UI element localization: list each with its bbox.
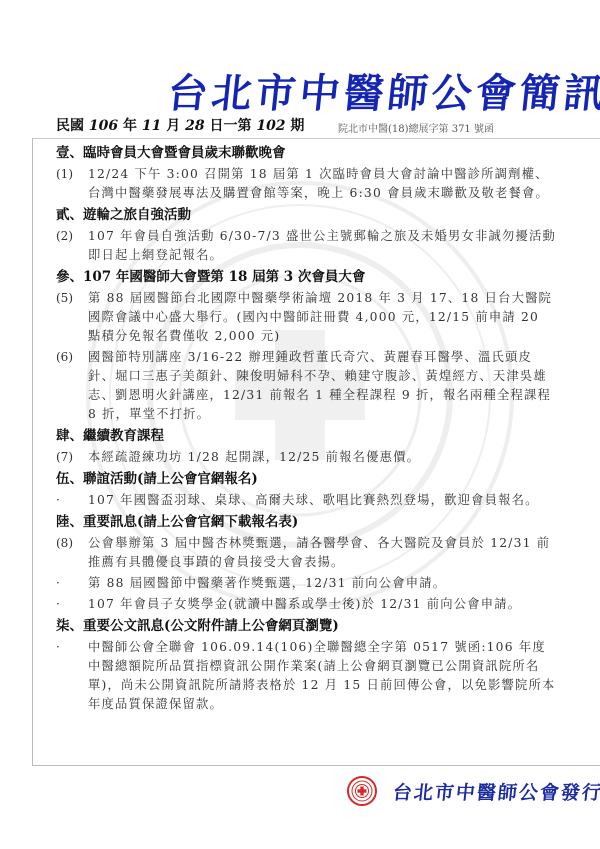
list-item: ·107 年國醫盃羽球、桌球、高爾夫球、歌唱比賽熱烈登場，歡迎會員報名。	[56, 491, 556, 510]
list-item: (1)12/24 下午 3:00 召開第 18 屆第 1 次臨時會員大會討論中醫…	[56, 165, 556, 203]
section-heading: 壹、臨時會員大會暨會員歲末聯歡晚會	[56, 144, 556, 163]
issue-prefix: 民國	[56, 118, 89, 134]
issue-line: 民國 106 年 11 月 28 日一第 102 期	[56, 115, 304, 135]
item-text: 國醫節特別講座 3/16-22 辦理鍾政哲董氏奇穴、黃麗春耳醫學、溫氏頭皮針、堀…	[88, 350, 551, 421]
list-item: ·中醫師公會全聯會 106.09.14(106)全聯醫總全字第 0517 號函:…	[56, 638, 556, 714]
item-text: 107 年會員自強活動 6/30-7/3 盛世公主號郵輪之旅及未婚男女非誠勿擾活…	[88, 229, 556, 262]
item-text: 公會舉辦第 3 屆中醫杏林獎甄選，請各醫學會、各大醫院及會員於 12/31 前推…	[88, 536, 550, 569]
item-marker: ·	[56, 491, 60, 510]
item-text: 本經疏證練功坊 1/28 起開課，12/25 前報名優惠價。	[88, 450, 420, 464]
section-1: 壹、臨時會員大會暨會員歲末聯歡晚會 (1)12/24 下午 3:00 召開第 1…	[56, 144, 556, 203]
section-2: 貳、遊輪之旅自強活動 (2)107 年會員自強活動 6/30-7/3 盛世公主號…	[56, 206, 556, 265]
section-heading: 肆、繼續教育課程	[56, 427, 556, 446]
publisher-name: 台北市中醫師公會發行	[392, 778, 600, 805]
list-item: (6)國醫節特別講座 3/16-22 辦理鍾政哲董氏奇穴、黃麗春耳醫學、溫氏頭皮…	[56, 348, 556, 424]
section-heading: 伍、聯誼活動(請上公會官網報名)	[56, 470, 556, 489]
list-item: ·107 年會員子女獎學金(就讀中醫系或學士後)於 12/31 前向公會申請。	[56, 595, 556, 614]
section-heading: 貳、遊輪之旅自強活動	[56, 206, 556, 225]
item-text: 第 88 屆國醫節中醫藥著作獎甄選，12/31 前向公會申請。	[88, 576, 446, 590]
item-text: 第 88 屆國醫節台北國際中醫藥學術論壇 2018 年 3 月 17、18 日台…	[88, 291, 552, 343]
issue-year-unit: 年	[118, 118, 142, 134]
item-text: 12/24 下午 3:00 召開第 18 屆第 1 次臨時會員大會討論中醫診所調…	[88, 167, 549, 200]
list-item: (2)107 年會員自強活動 6/30-7/3 盛世公主號郵輪之旅及未婚男女非誠…	[56, 227, 556, 265]
item-marker: (6)	[56, 348, 73, 367]
section-heading: 陸、重要訊息(請上公會官網下載報名表)	[56, 513, 556, 532]
item-marker: (7)	[56, 448, 73, 467]
issue-number-unit: 期	[286, 118, 305, 134]
issue-month-unit: 月	[161, 118, 185, 134]
item-marker: (2)	[56, 227, 73, 246]
item-marker: (1)	[56, 165, 73, 184]
section-6: 陸、重要訊息(請上公會官網下載報名表) (8)公會舉辦第 3 屆中醫杏林獎甄選，…	[56, 513, 556, 614]
list-item: (7)本經疏證練功坊 1/28 起開課，12/25 前報名優惠價。	[56, 448, 556, 467]
section-heading: 參、107 年國醫師大會暨第 18 屆第 3 次會員大會	[56, 268, 556, 287]
section-5: 伍、聯誼活動(請上公會官網報名) ·107 年國醫盃羽球、桌球、高爾夫球、歌唱比…	[56, 470, 556, 510]
item-text: 107 年國醫盃羽球、桌球、高爾夫球、歌唱比賽熱烈登場，歡迎會員報名。	[88, 493, 539, 507]
item-marker: ·	[56, 595, 60, 614]
section-7: 柒、重要公文訊息(公文附件請上公會網頁瀏覽) ·中醫師公會全聯會 106.09.…	[56, 617, 556, 714]
item-text: 107 年會員子女獎學金(就讀中醫系或學士後)於 12/31 前向公會申請。	[88, 597, 521, 611]
section-heading: 柒、重要公文訊息(公文附件請上公會網頁瀏覽)	[56, 617, 556, 636]
section-4: 肆、繼續教育課程 (7)本經疏證練功坊 1/28 起開課，12/25 前報名優惠…	[56, 427, 556, 467]
item-text: 中醫師公會全聯會 106.09.14(106)全聯醫總全字第 0517 號函:1…	[88, 640, 555, 711]
list-item: (8)公會舉辦第 3 屆中醫杏林獎甄選，請各醫學會、各大醫院及會員於 12/31…	[56, 534, 556, 572]
reference-number: 院北市中醫(18)總展字第 371 號函	[338, 120, 494, 135]
association-seal-icon	[347, 776, 377, 806]
item-marker: (8)	[56, 534, 73, 553]
item-marker: ·	[56, 638, 60, 657]
list-item: ·第 88 屆國醫節中醫藥著作獎甄選，12/31 前向公會申請。	[56, 574, 556, 593]
newsletter-body: 壹、臨時會員大會暨會員歲末聯歡晚會 (1)12/24 下午 3:00 召開第 1…	[56, 141, 556, 716]
issue-day-unit: 日一第	[205, 118, 257, 134]
newsletter-title: 台北市中醫師公會簡訊	[165, 62, 600, 119]
item-marker: (5)	[56, 289, 73, 308]
issue-month: 11	[142, 118, 161, 134]
footer-publisher: 台北市中醫師公會發行	[347, 776, 600, 806]
issue-year: 106	[89, 118, 118, 134]
list-item: (5)第 88 屆國醫節台北國際中醫藥學術論壇 2018 年 3 月 17、18…	[56, 289, 556, 346]
issue-number: 102	[256, 118, 285, 134]
item-marker: ·	[56, 574, 60, 593]
issue-day: 28	[185, 118, 204, 134]
section-3: 參、107 年國醫師大會暨第 18 屆第 3 次會員大會 (5)第 88 屆國醫…	[56, 268, 556, 424]
